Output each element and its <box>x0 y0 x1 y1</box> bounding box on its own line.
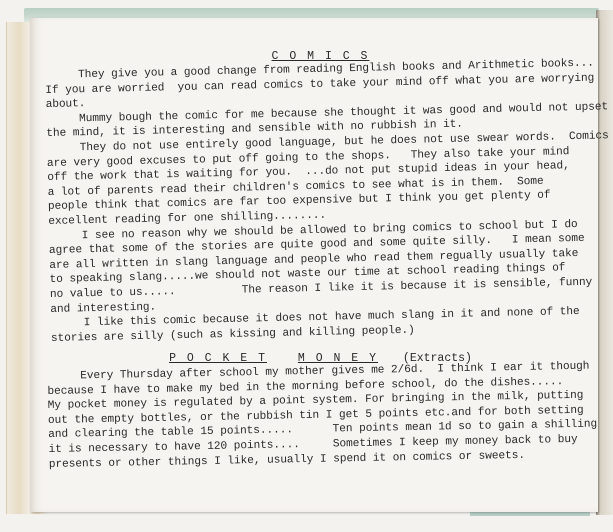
notebook-back-edge <box>596 10 613 515</box>
typewritten-text: C O M I C S They give you a good change … <box>48 50 593 473</box>
pocket-money-body: Every Thursday after school my mother gi… <box>47 360 594 473</box>
comics-body: They give you a good change from reading… <box>45 56 596 346</box>
pocket-title: P O C K E T <box>169 352 267 365</box>
